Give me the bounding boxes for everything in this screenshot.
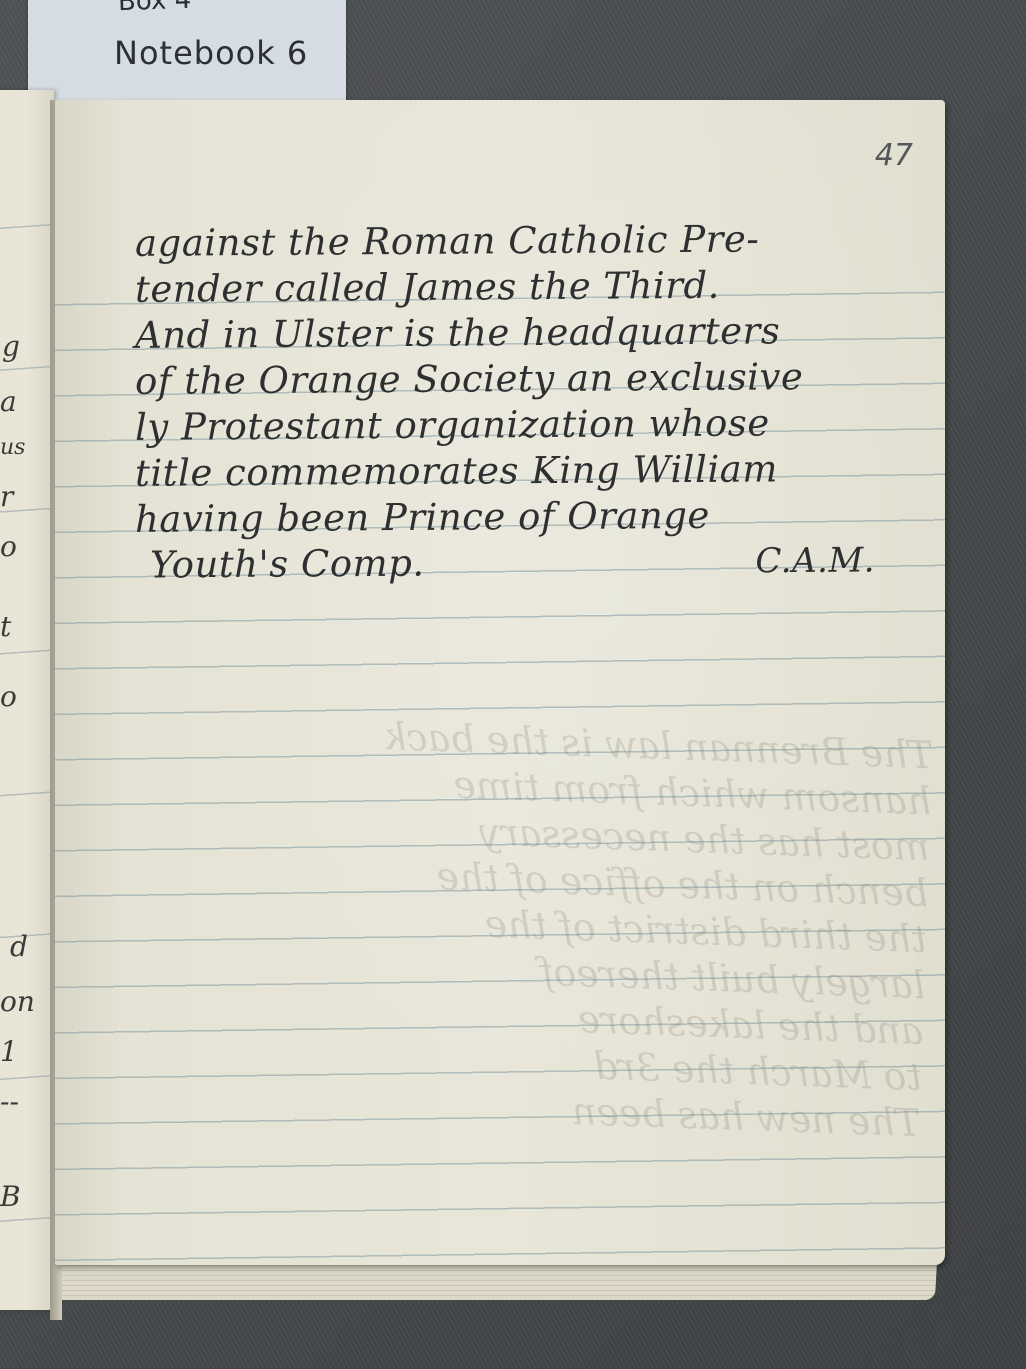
left-fragment: B <box>0 1180 21 1213</box>
text-line: tender called James the Third. <box>135 261 945 313</box>
page-number: 47 <box>875 138 913 173</box>
text-line: title commemorates King William <box>135 445 945 497</box>
left-fragment: -- <box>0 1085 19 1118</box>
text-line: having been Prince of Orange <box>135 491 945 543</box>
right-page: The Brennan law is the back hansom which… <box>55 100 945 1265</box>
closing-line: Youth's Comp. C.A.M. <box>135 537 875 588</box>
left-fragment: t <box>0 610 11 643</box>
archive-notebook-label: Notebook 6 <box>114 34 308 72</box>
left-fragment: o <box>0 530 17 563</box>
text-line: of the Orange Society an exclusive <box>135 353 945 405</box>
left-fragment: d <box>10 930 28 963</box>
text-line: ly Protestant organization whose <box>135 399 945 451</box>
left-fragment: on <box>0 985 35 1018</box>
text-line: And in Ulster is the headquarters <box>135 307 945 359</box>
text-line: against the Roman Catholic Pre- <box>135 215 945 267</box>
left-fragment: r <box>0 480 13 513</box>
left-fragment: us <box>0 435 25 460</box>
notebook-photo: Box 4 Notebook 6 g a us r o t o d on 1 -… <box>0 0 1026 1369</box>
left-fragment: g <box>2 330 20 363</box>
left-fragment: 1 <box>0 1035 18 1068</box>
left-fragment: o <box>0 680 17 713</box>
page-stack-edge <box>59 1260 937 1300</box>
archive-box-label: Box 4 <box>117 0 191 17</box>
author-initials: C.A.M. <box>755 537 875 584</box>
archive-label-card: Box 4 Notebook 6 <box>28 0 346 108</box>
left-fragment: a <box>0 385 17 418</box>
handwritten-text: against the Roman Catholic Pre- tender c… <box>135 218 945 586</box>
source-citation: Youth's Comp. <box>150 541 425 589</box>
